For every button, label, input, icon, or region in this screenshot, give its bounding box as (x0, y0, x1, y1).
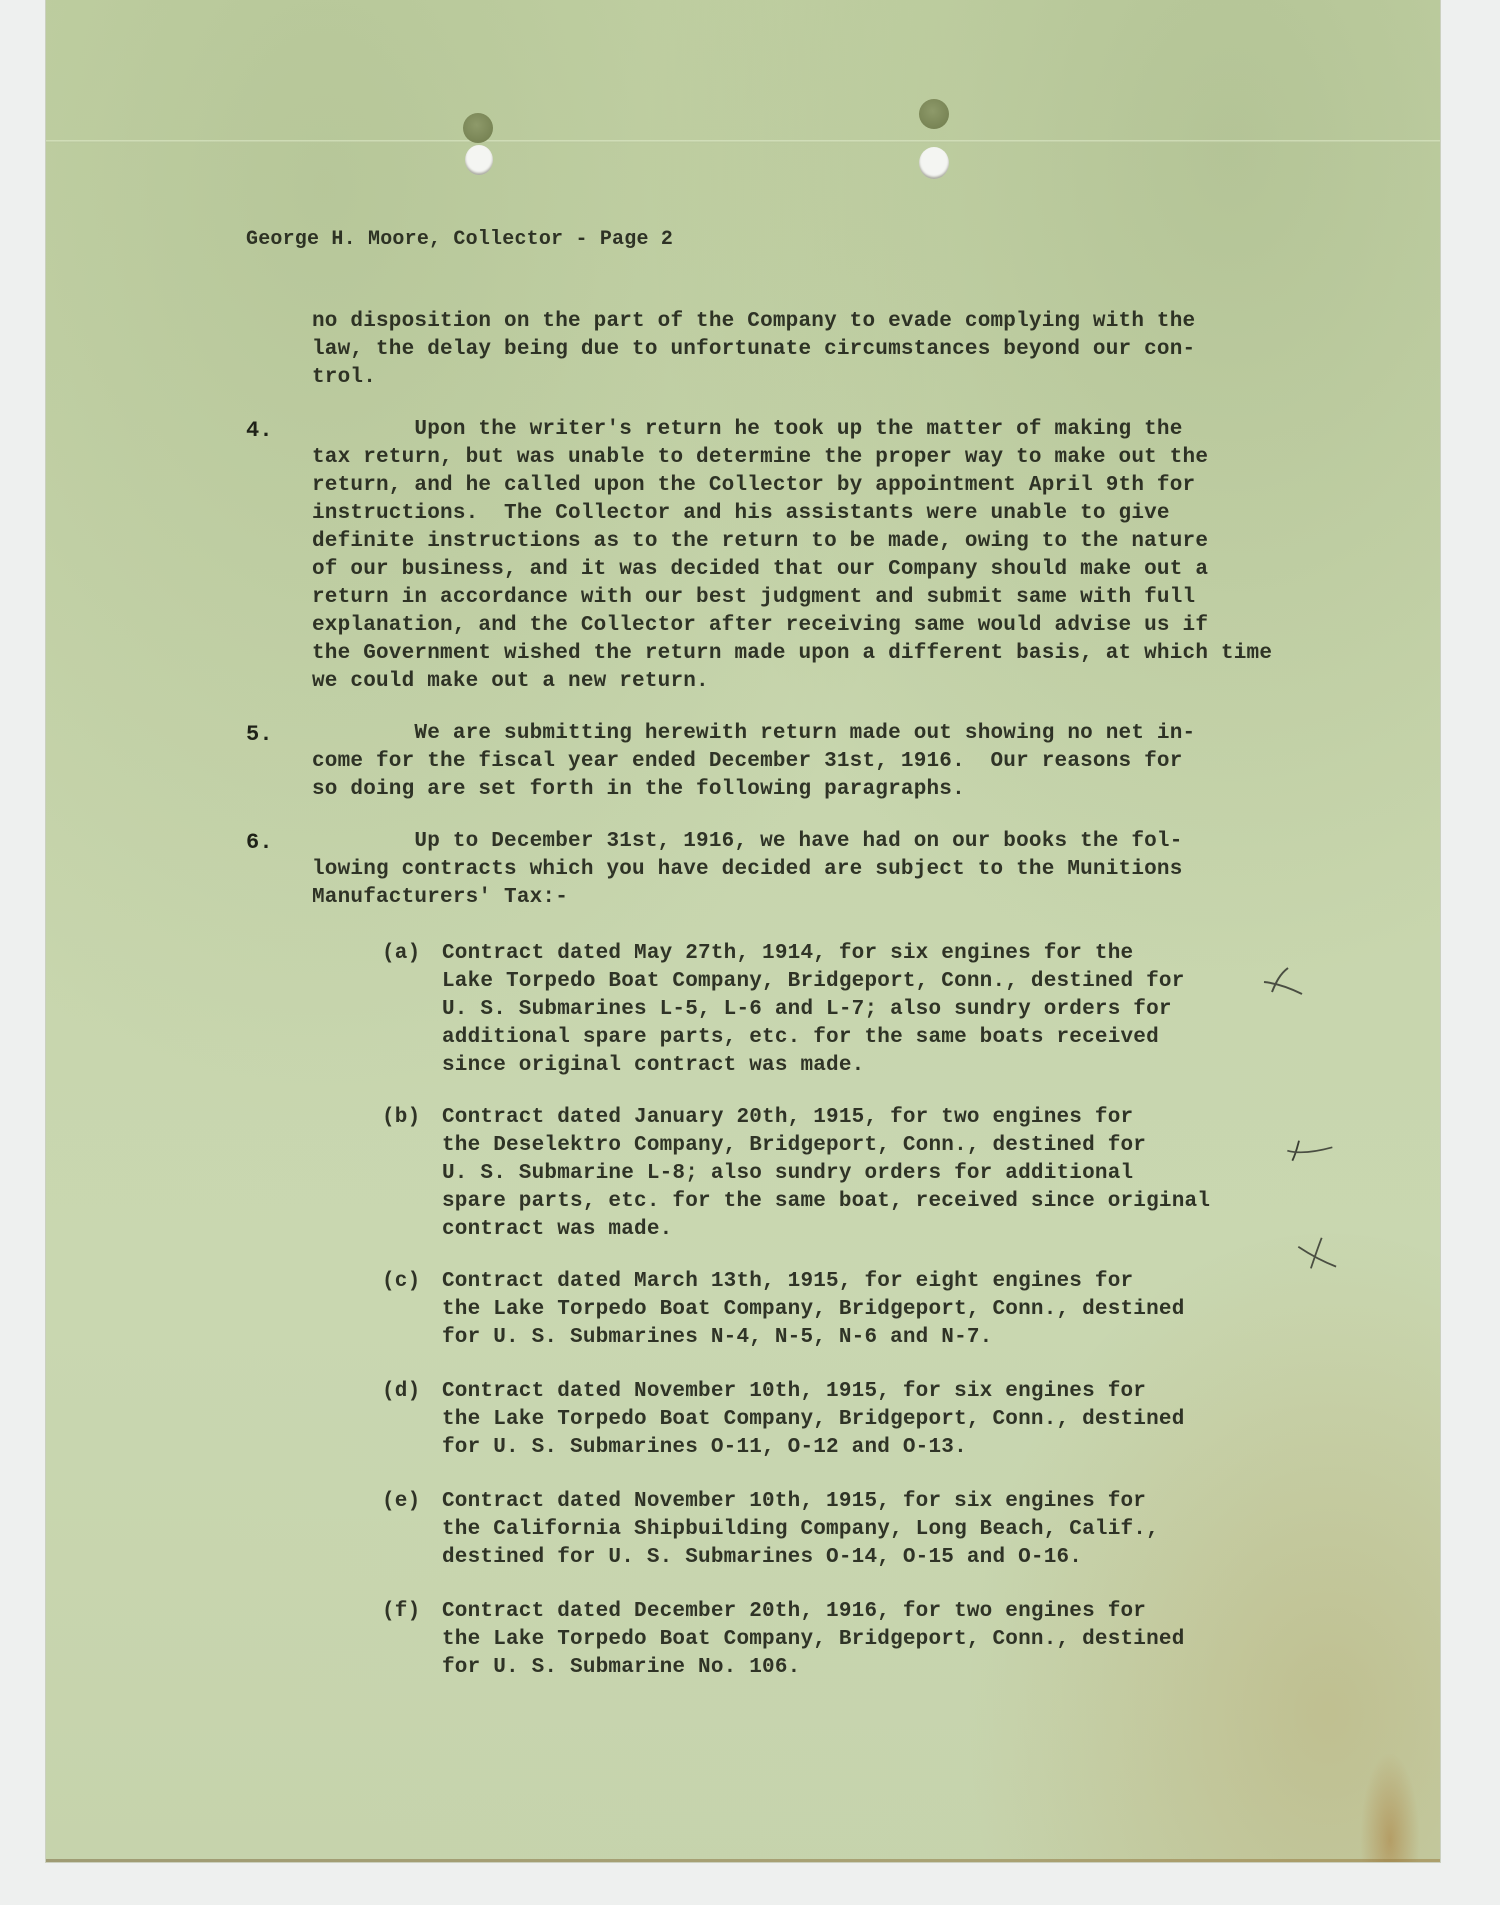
contract-line: contract was made. (442, 1218, 672, 1242)
contract-label: (c) (382, 1270, 420, 1294)
punch-hole-right (919, 147, 949, 179)
punch-hole-left (465, 145, 493, 175)
contract-line: for U. S. Submarines N-4, N-5, N-6 and N… (442, 1326, 993, 1350)
paragraph-line: Up to December 31st, 1916, we have had o… (312, 830, 1183, 854)
continuation-line: law, the delay being due to unfortunate … (312, 338, 1195, 362)
paragraph-line: instructions. The Collector and his assi… (312, 502, 1170, 526)
pencil-check-mark-icon (1294, 1236, 1344, 1272)
paragraph-line: Upon the writer's return he took up the … (312, 418, 1183, 442)
contract-line: U. S. Submarine L-8; also sundry orders … (442, 1162, 1133, 1186)
contract-line: the Lake Torpedo Boat Company, Bridgepor… (442, 1408, 1185, 1432)
paper-bottom-edge (46, 1859, 1440, 1862)
paragraph-line: we could make out a new return. (312, 670, 709, 694)
document-page (46, 0, 1440, 1862)
contract-line: Contract dated November 10th, 1915, for … (442, 1380, 1146, 1404)
contract-line: since original contract was made. (442, 1054, 864, 1078)
paragraph-number: 5. (246, 722, 273, 747)
paragraph-line: explanation, and the Collector after rec… (312, 614, 1208, 638)
pencil-check-mark-icon (1258, 966, 1308, 1002)
continuation-line: no disposition on the part of the Compan… (312, 310, 1195, 334)
punch-hole-shadow-left (463, 113, 493, 143)
contract-line: Contract dated May 27th, 1914, for six e… (442, 942, 1133, 966)
paragraph-line: We are submitting herewith return made o… (312, 722, 1195, 746)
page-header: George H. Moore, Collector - Page 2 (246, 228, 673, 252)
paragraph-line: tax return, but was unable to determine … (312, 446, 1208, 470)
contract-line: for U. S. Submarines O-11, O-12 and O-13… (442, 1436, 967, 1460)
continuation-line: trol. (312, 366, 376, 390)
contract-label: (d) (382, 1380, 420, 1404)
paragraph-line: of our business, and it was decided that… (312, 558, 1208, 582)
contract-line: for U. S. Submarine No. 106. (442, 1656, 800, 1680)
contract-label: (f) (382, 1600, 420, 1624)
contract-label: (e) (382, 1490, 420, 1514)
paragraph-line: come for the fiscal year ended December … (312, 750, 1183, 774)
punch-hole-shadow-right (919, 99, 949, 129)
contract-label: (a) (382, 942, 420, 966)
paragraph-number: 6. (246, 830, 273, 855)
paragraph-line: so doing are set forth in the following … (312, 778, 965, 802)
paragraph-line: the Government wished the return made up… (312, 642, 1272, 666)
contract-line: the Lake Torpedo Boat Company, Bridgepor… (442, 1298, 1185, 1322)
contract-line: Contract dated December 20th, 1916, for … (442, 1600, 1146, 1624)
fold-crease (46, 140, 1440, 143)
paragraph-number: 4. (246, 418, 273, 443)
paragraph-line: Manufacturers' Tax:- (312, 886, 568, 910)
contract-line: destined for U. S. Submarines O-14, O-15… (442, 1546, 1082, 1570)
contract-line: the California Shipbuilding Company, Lon… (442, 1518, 1159, 1542)
paragraph-line: definite instructions as to the return t… (312, 530, 1208, 554)
paragraph-line: return, and he called upon the Collector… (312, 474, 1195, 498)
contract-line: spare parts, etc. for the same boat, rec… (442, 1190, 1210, 1214)
contract-line: the Deselektro Company, Bridgeport, Conn… (442, 1134, 1146, 1158)
contract-line: Lake Torpedo Boat Company, Bridgeport, C… (442, 970, 1185, 994)
contract-line: additional spare parts, etc. for the sam… (442, 1026, 1159, 1050)
contract-line: U. S. Submarines L-5, L-6 and L-7; also … (442, 998, 1172, 1022)
contract-line: Contract dated March 13th, 1915, for eig… (442, 1270, 1133, 1294)
contract-line: Contract dated January 20th, 1915, for t… (442, 1106, 1133, 1130)
paragraph-line: return in accordance with our best judgm… (312, 586, 1195, 610)
paragraph-line: lowing contracts which you have decided … (312, 858, 1183, 882)
contract-line: Contract dated November 10th, 1915, for … (442, 1490, 1146, 1514)
pencil-check-mark-icon (1284, 1136, 1334, 1172)
contract-line: the Lake Torpedo Boat Company, Bridgepor… (442, 1628, 1185, 1652)
rust-stain (1360, 1752, 1420, 1862)
contract-label: (b) (382, 1106, 420, 1130)
